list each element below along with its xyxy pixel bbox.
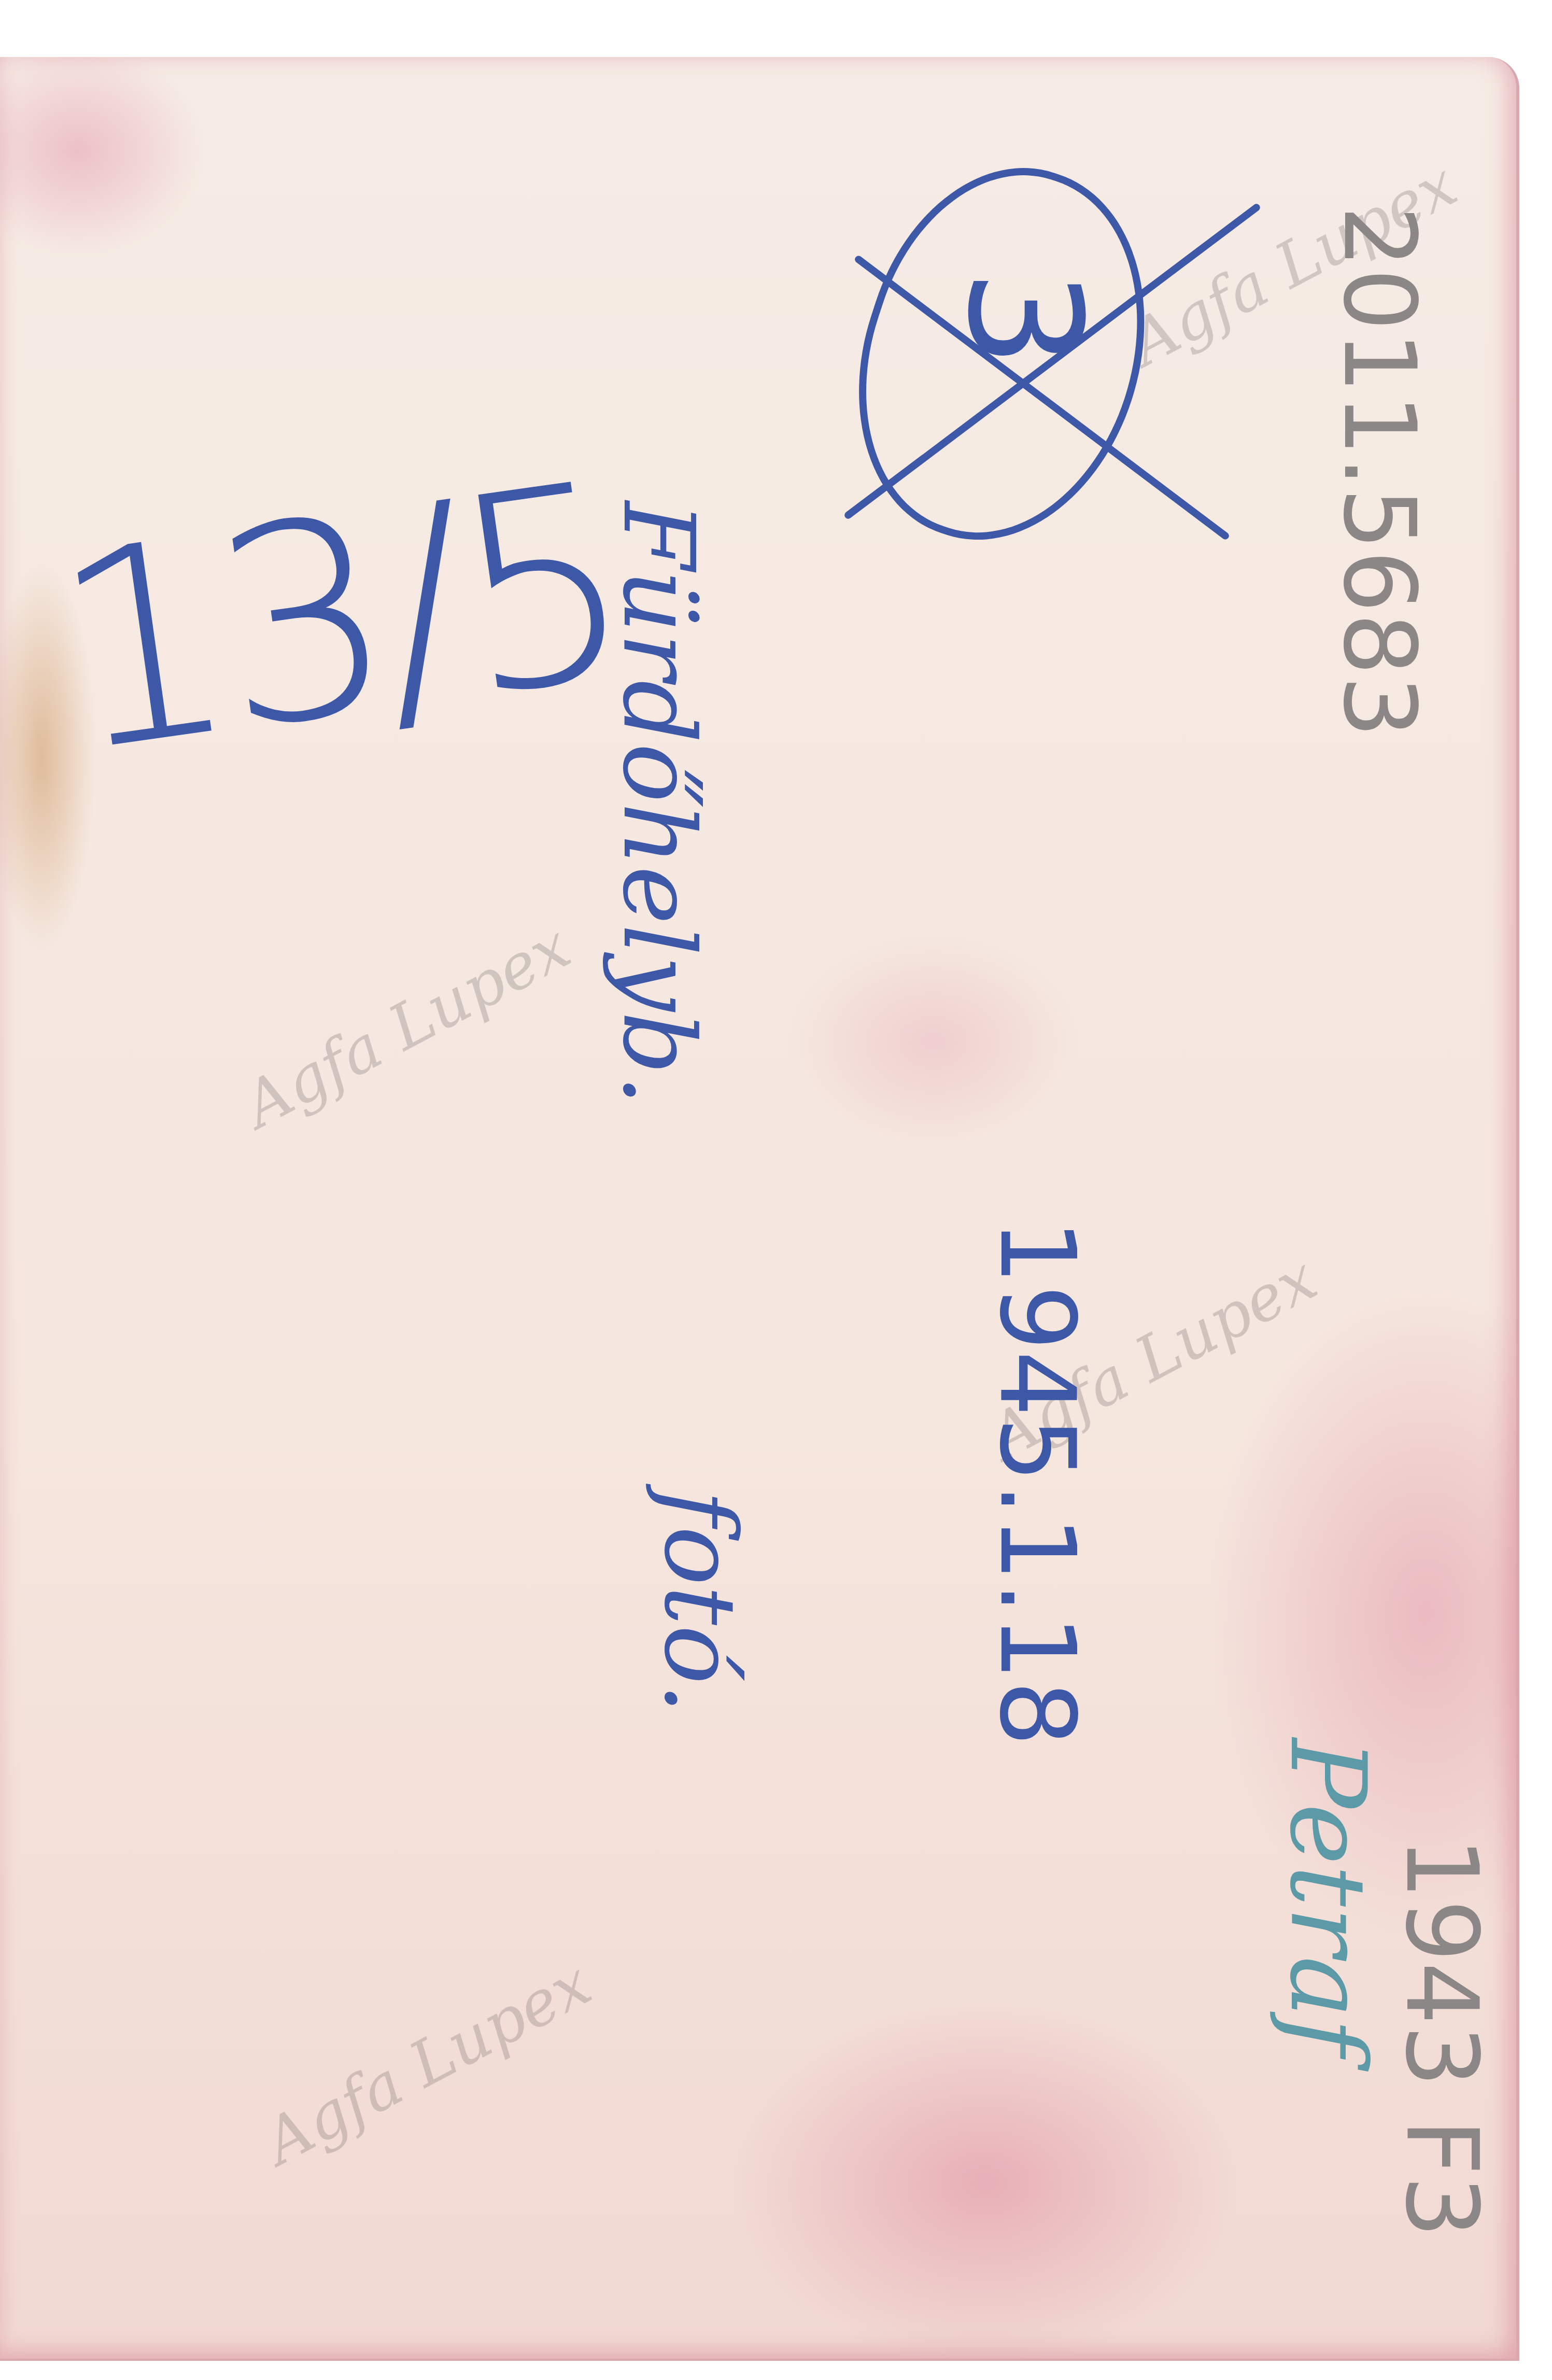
inventory-number: 2011.5683 [1322, 205, 1436, 738]
agfa-lupex-watermark: Agfa Lupex [232, 910, 582, 1142]
circled-number: 3 [934, 269, 1114, 368]
fraction-note: 13/5 [38, 424, 640, 813]
place-note: Fürdőhelyb. [601, 501, 716, 1106]
photo-card-back: Agfa Lupex Agfa Lupex Agfa Lupex Agfa Lu… [0, 57, 1519, 2361]
agfa-lupex-watermark: Agfa Lupex [253, 1947, 603, 2179]
date-note: 1945.1.18 [977, 1219, 1097, 1747]
code-note: 1943 F3 [1384, 1837, 1499, 2238]
caption-note: fotó. [643, 1490, 757, 1714]
name-note: Petraf [1267, 1738, 1388, 2056]
